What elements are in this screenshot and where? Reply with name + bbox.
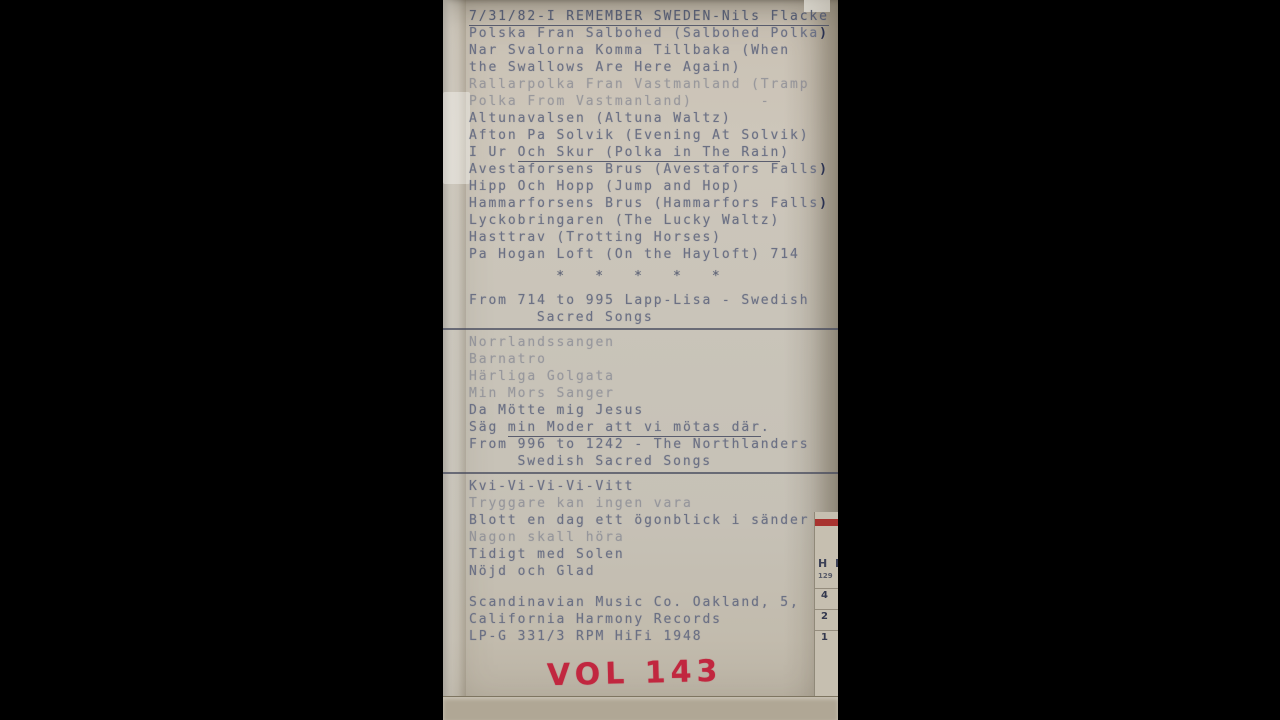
typed-line: Blott en dag ett ögonblick i sänder [469, 512, 828, 529]
side-card-fragment: H D [815, 557, 838, 570]
typed-line: Härliga Golgata [469, 368, 828, 385]
typed-line: Kvi-Vi-Vi-Vi-Vitt [469, 478, 828, 495]
typed-line [469, 580, 828, 594]
typed-line: Polska Fran Salbohed (Salbohed Polka) [469, 25, 828, 42]
typed-line: Hammarforsens Brus (Hammarfors Falls) [469, 195, 828, 212]
typed-line: Tryggare kan ingen vara [469, 495, 828, 512]
typed-line: Min Mors Sanger [469, 385, 828, 402]
typed-line: Hasttrav (Trotting Horses) [469, 229, 828, 246]
typed-line: Säg min Moder att vi mötas där. [469, 419, 828, 436]
typed-line: From 996 to 1242 - The Northlanders [469, 436, 828, 453]
typed-line: Norrlandssangen [469, 334, 828, 351]
divider-rule [443, 328, 838, 330]
typed-line: the Swallows Are Here Again) [469, 59, 828, 76]
volume-mark: VOL 143 [547, 654, 723, 694]
typed-line: California Harmony Records [469, 611, 828, 628]
typed-line: Polka From Vastmanland) - [469, 93, 828, 110]
typed-line: Nar Svalorna Komma Tillbaka (When [469, 42, 828, 59]
typed-line: Nagon skall höra [469, 529, 828, 546]
typed-line: Pa Hogan Loft (On the Hayloft) 714 [469, 246, 828, 263]
typed-line: Swedish Sacred Songs [469, 453, 828, 470]
photo-scan: 7/31/82-I REMEMBER SWEDEN-Nils FlackePol… [0, 0, 1280, 720]
side-card-fragment: 129 [815, 572, 838, 580]
typed-line: Nöjd och Glad [469, 563, 828, 580]
typed-line: Scandinavian Music Co. Oakland, 5, [469, 594, 828, 611]
typed-line: Lyckobringaren (The Lucky Waltz) [469, 212, 828, 229]
card-below-edge [443, 696, 838, 720]
typed-line: Hipp Och Hopp (Jump and Hop) [469, 178, 828, 195]
typed-line: 7/31/82-I REMEMBER SWEDEN-Nils Flacke [469, 8, 828, 25]
divider-rule [443, 472, 838, 474]
typed-line: Altunavalsen (Altuna Waltz) [469, 110, 828, 127]
typed-line: * * * * * [469, 268, 828, 285]
typed-line: Sacred Songs [469, 309, 828, 326]
tape-label-card: 7/31/82-I REMEMBER SWEDEN-Nils FlackePol… [443, 0, 838, 720]
side-card-fragment: 4 [815, 588, 838, 601]
typed-line: Rallarpolka Fran Vastmanland (Tramp [469, 76, 828, 93]
typed-line: Afton Pa Solvik (Evening At Solvik) [469, 127, 828, 144]
typed-line: LP-G 331/3 RPM HiFi 1948 [469, 628, 828, 645]
typed-line: Avestaforsens Brus (Avestafors Falls) [469, 161, 828, 178]
side-card-fragment: 1 [815, 630, 838, 643]
typed-line: I Ur Och Skur (Polka in The Rain) [469, 144, 828, 161]
red-stripe [815, 519, 838, 526]
typed-line: Tidigt med Solen [469, 546, 828, 563]
typed-line: Da Mötte mig Jesus [469, 402, 828, 419]
typed-text-block: 7/31/82-I REMEMBER SWEDEN-Nils FlackePol… [443, 0, 838, 645]
typed-line: Barnatro [469, 351, 828, 368]
side-card-fragment: 2 [815, 609, 838, 622]
adjacent-card-edge: H D 129 4 2 1 [814, 512, 838, 697]
typed-line: From 714 to 995 Lapp-Lisa - Swedish [469, 292, 828, 309]
